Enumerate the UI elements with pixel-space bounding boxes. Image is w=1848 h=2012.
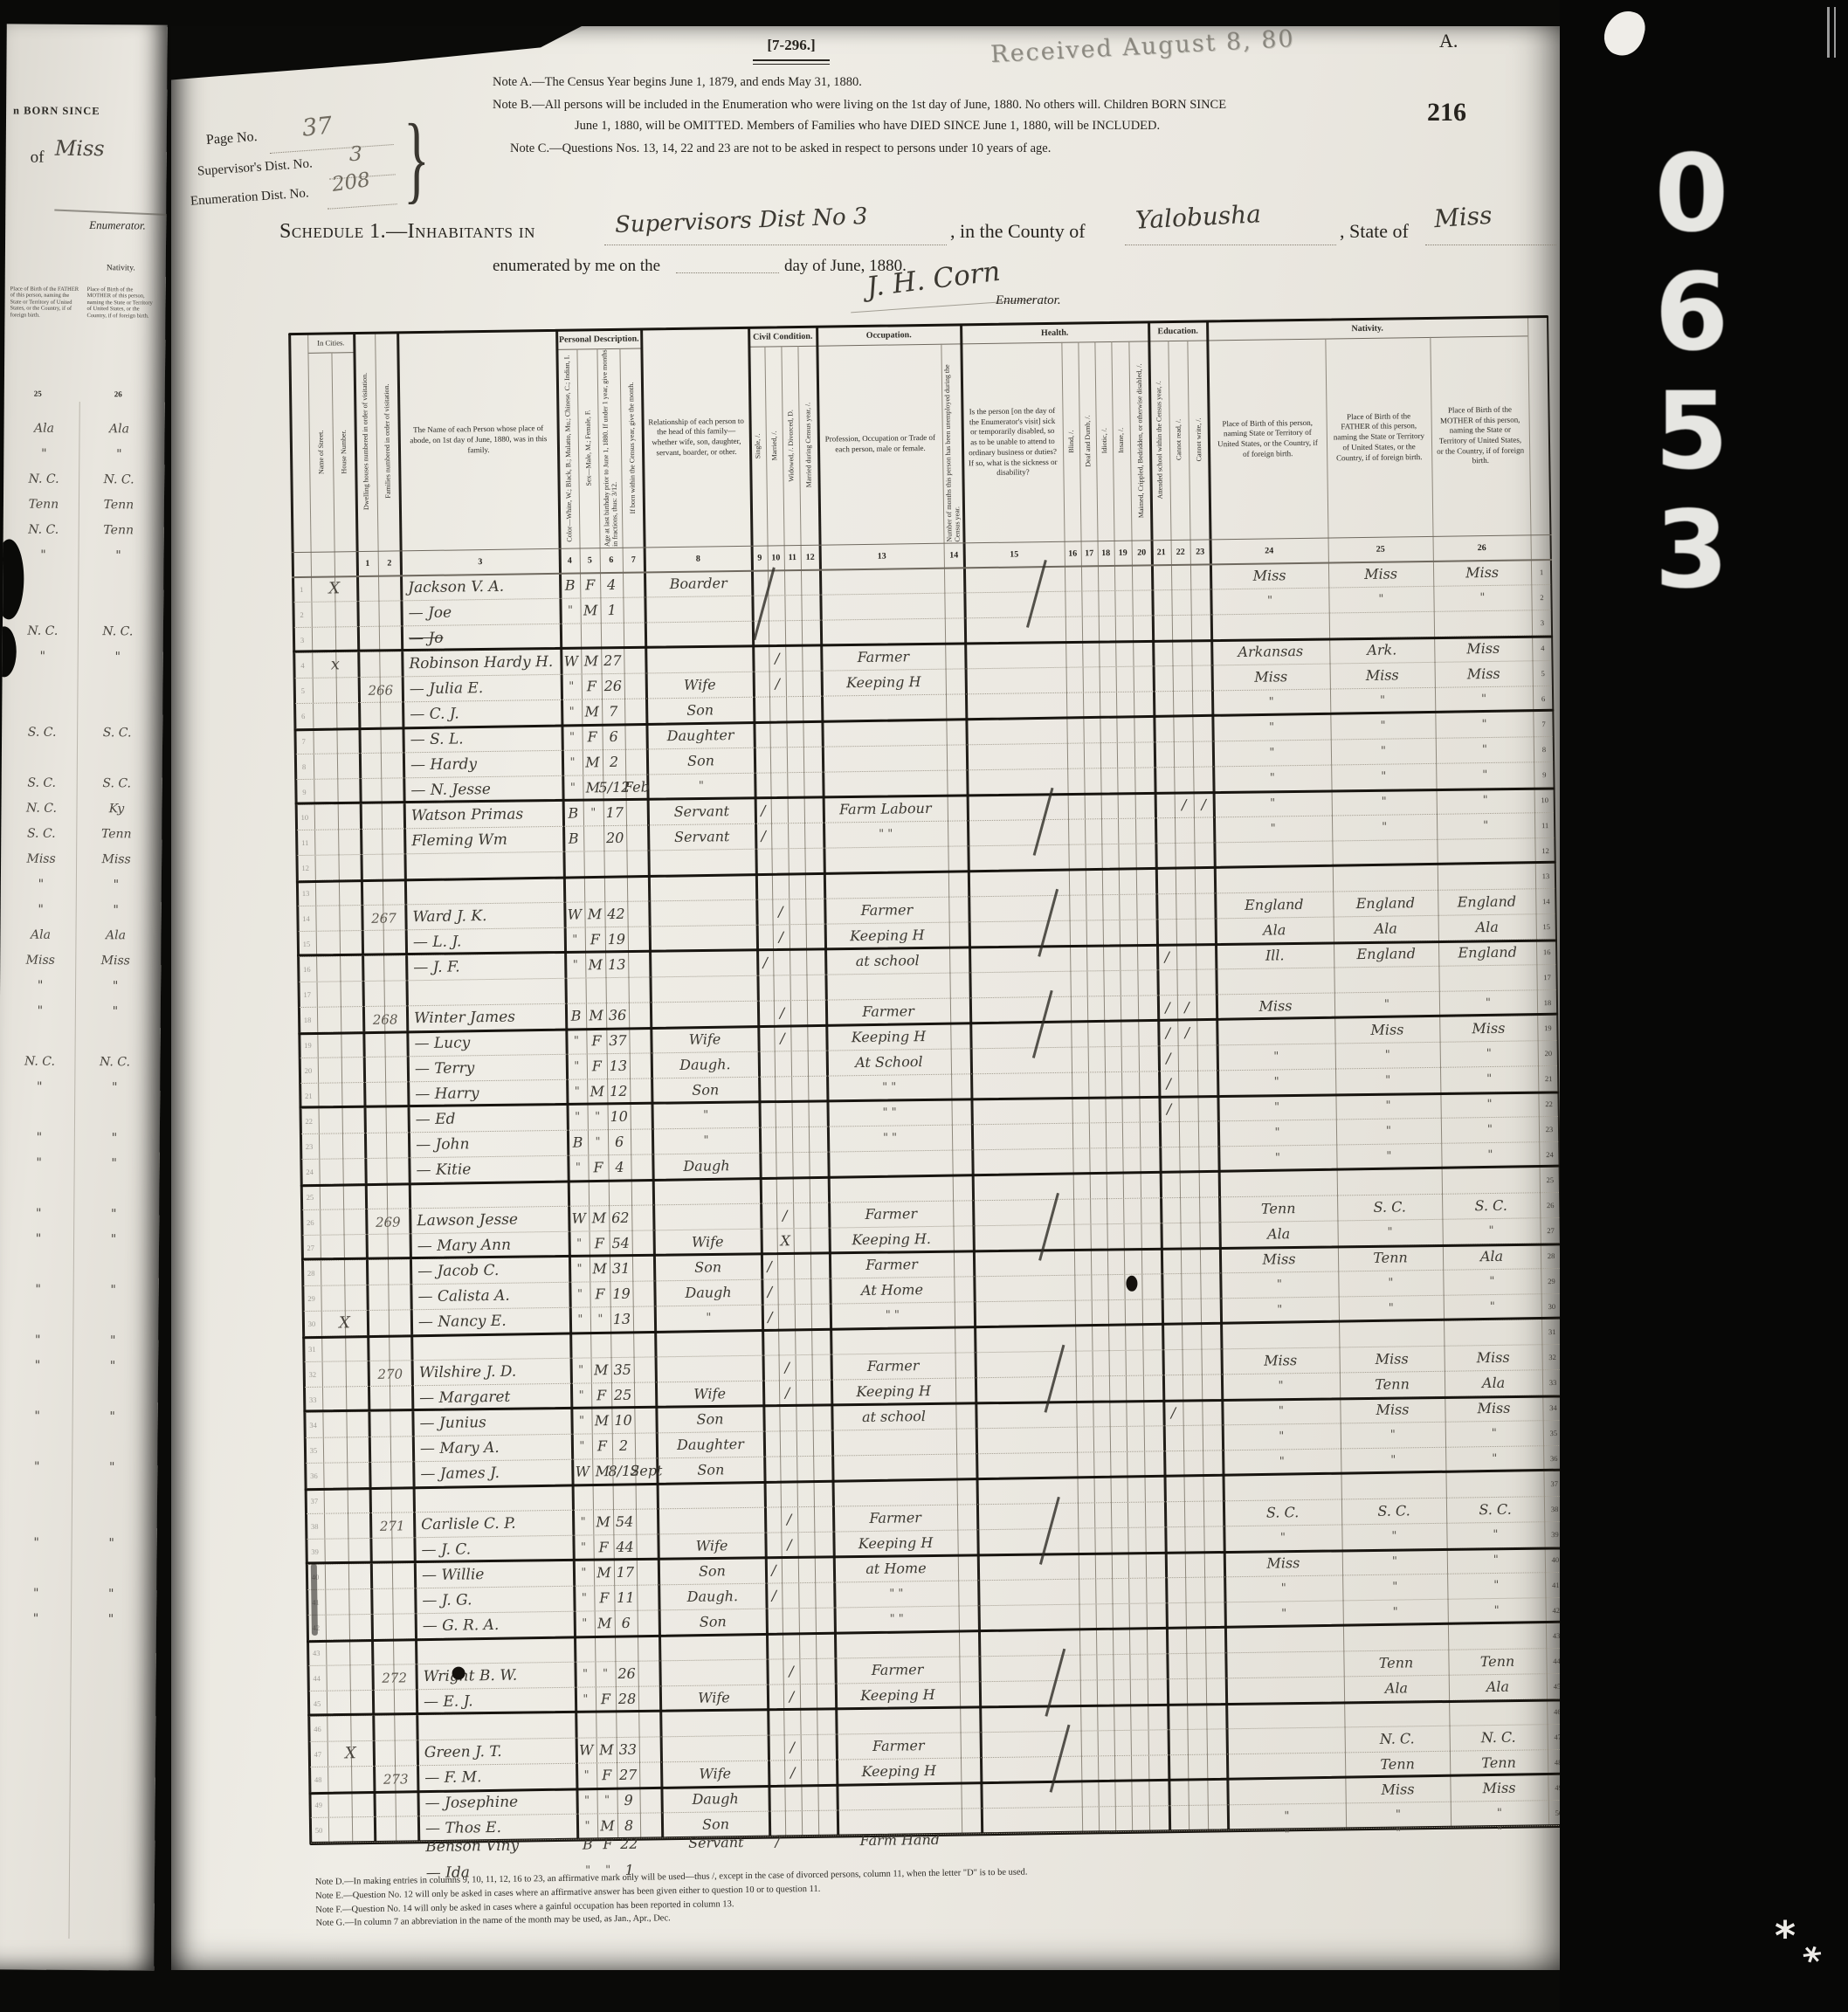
cell-p2: S. C. [1337, 1194, 1442, 1221]
cell-name: — Mary A. [413, 1434, 579, 1462]
cell-rel: Wife [656, 1381, 763, 1408]
line-number-right: 25 [1540, 1167, 1560, 1192]
cell-age: 10 [607, 1104, 630, 1129]
cell-sex: F [590, 1281, 610, 1306]
cell-sex: " [590, 1306, 610, 1332]
supervisor-label: Supervisor's Dist. No. [197, 156, 314, 179]
cell-age: 44 [613, 1534, 636, 1560]
cell-sex: M [596, 1737, 617, 1762]
column-header-rotated-text: Blind, /. [1067, 431, 1076, 453]
cell-c10: / [784, 1760, 801, 1785]
left-nativity-value: N. C. [10, 801, 72, 823]
left-nativity-value: " [76, 1587, 146, 1609]
cell-occ: at school [825, 947, 949, 975]
column-header-rotated-text: Attended school within the Census year, … [1155, 382, 1164, 500]
left-nativity-value: N. C. [8, 1054, 71, 1076]
cell-p1: " [1217, 1093, 1335, 1120]
cell-rel: Wife [660, 1685, 768, 1712]
cell-c21: / [1159, 1071, 1178, 1096]
cell-c10: / [776, 1202, 793, 1228]
cell-age: 2 [612, 1433, 635, 1458]
cell-age: 36 [606, 1003, 629, 1028]
cell-name: — Joe [401, 598, 567, 626]
left-nativity-value: S. C. [10, 775, 73, 797]
cell-c10: X [776, 1228, 793, 1253]
cell-p1: " [1213, 765, 1331, 792]
column-number: 23 [1190, 539, 1210, 563]
left-nativity-value: " [6, 1358, 69, 1380]
line-number-right: 22 [1538, 1091, 1559, 1116]
cell-p2: " [1332, 814, 1437, 841]
ink-blot [1126, 1276, 1137, 1292]
cell-p1: " [1218, 1119, 1336, 1146]
note-b-line2: June 1, 1880, will be OMITTED. Members o… [575, 119, 1160, 134]
cell-age: 11 [614, 1585, 637, 1610]
cell-age: 6 [602, 724, 624, 749]
cell-sex: F [582, 724, 602, 749]
left-nativity-value: " [10, 877, 72, 899]
brace: } [403, 110, 430, 208]
column-number: 4 [560, 548, 580, 573]
cell-color: " [576, 1788, 596, 1813]
left-nativity-value: " [4, 1611, 67, 1633]
column-header-rotated-text: Idiotic, /. [1100, 428, 1109, 453]
cell-sex: " [596, 1788, 617, 1813]
cell-name: Jackson V. A. [401, 573, 567, 601]
line-number-right: 1 [1531, 559, 1552, 584]
ink-smear [311, 1564, 318, 1636]
line-number-right: 48 [1548, 1749, 1560, 1774]
cell-color: " [567, 1078, 587, 1104]
left-nativity-value: " [6, 1333, 69, 1354]
line-number-left: 3 [293, 627, 312, 652]
page-stamp: 216 [1427, 98, 1466, 127]
left-nativity-value: Miss [81, 852, 151, 874]
left-nativity-value: Tenn [12, 497, 75, 519]
cell-color: " [567, 1053, 587, 1078]
cell-p2: " [1339, 1295, 1444, 1322]
film-number-digit: 5 [1635, 376, 1748, 491]
column-number: 7 [623, 547, 645, 571]
line-number-right: 49 [1548, 1774, 1560, 1800]
cell-c9: / [766, 1582, 782, 1608]
day-blank [676, 255, 779, 273]
cell-p1: " [1224, 1524, 1341, 1551]
column-header-p1: Place of Birth of this person, naming St… [1207, 339, 1327, 540]
cell-p2: " [1335, 1092, 1440, 1120]
left-nativity-value: N. C. [83, 624, 153, 646]
column-header-c22: Cannot read, /. [1168, 341, 1189, 540]
line-number-right: 35 [1543, 1420, 1560, 1445]
left-nativity-value: " [83, 650, 153, 672]
cell-occ: Farmer [833, 1505, 957, 1532]
cell-p1: " [1221, 1296, 1339, 1323]
cell-name: — G. R. A. [416, 1611, 582, 1639]
line-number-right: 43 [1546, 1623, 1560, 1648]
cell-sex: F [593, 1534, 613, 1560]
line-number-right: 8 [1534, 736, 1555, 761]
cell-age: 9 [617, 1788, 639, 1813]
line-number-left: 36 [304, 1463, 323, 1488]
cell-sex: F [580, 572, 600, 597]
column-header-street: Name of Street. [307, 352, 334, 551]
cell-c9: / [769, 1829, 785, 1854]
line-number-left: 17 [298, 982, 317, 1007]
cell-p3: England [1438, 888, 1535, 915]
cell-p2: " [1341, 1422, 1445, 1449]
line-number-right: 33 [1542, 1369, 1560, 1395]
cell-age: 12 [607, 1078, 630, 1104]
cell-p1: " [1214, 790, 1332, 817]
line-number-left: 37 [305, 1488, 324, 1513]
cell-rel: Daughter [646, 722, 754, 749]
cell-name: Fleming Wm [404, 826, 570, 854]
cell-p3: " [1444, 1293, 1541, 1320]
cell-color: B [577, 1831, 597, 1857]
left-nativity-value: " [78, 1409, 148, 1431]
cell-p3: Miss [1450, 1774, 1548, 1802]
film-number-digit: 3 [1635, 494, 1748, 610]
cell-rel: " [652, 1127, 760, 1154]
left-nativity-value: " [84, 447, 154, 469]
cell-sex: M [587, 1078, 607, 1104]
column-header-p3: Place of Birth of the MOTHER of this per… [1430, 335, 1530, 536]
left-nativity-value: " [79, 1156, 149, 1178]
cell-sex: F [594, 1585, 614, 1610]
cell-color: W [572, 1458, 592, 1484]
cell-p2: Tenn [1340, 1371, 1445, 1398]
line-number-right: 39 [1544, 1521, 1560, 1547]
column-header-text: Profession, Occupation or Trade of each … [818, 433, 942, 455]
cell-name: — Ed [409, 1105, 575, 1133]
cell-p2: England [1334, 941, 1438, 968]
film-number-digit: 0 [1635, 138, 1748, 253]
cell-color: " [576, 1762, 596, 1788]
left-nativity-value: Tenn [81, 827, 151, 849]
cell-p3: " [1443, 1268, 1541, 1295]
scanned-census-page: n BORN SINCE of Miss Enumerator. Nativit… [0, 0, 1848, 2012]
family-number: 272 [367, 1664, 421, 1691]
column-number: 25 [1328, 536, 1433, 562]
cell-name: Wilshire J. D. [412, 1358, 578, 1386]
column-header-text: The Name of each Person whose place of a… [399, 424, 558, 457]
column-number: 8 [645, 546, 752, 572]
column-header-rotated-text: Number of months this person has been un… [943, 344, 962, 541]
left-nativity-value: N. C. [11, 624, 74, 645]
line-number-left: 20 [299, 1058, 318, 1083]
cell-sex: M [581, 648, 601, 673]
census-table: Note D.—In making entries in columns 9, … [288, 316, 1560, 1970]
cell-sex: " [595, 1661, 615, 1686]
line-number-left: 29 [301, 1285, 321, 1311]
cell-sex: F [596, 1686, 616, 1712]
line-number-left: 25 [300, 1184, 320, 1209]
cell-p1: " [1225, 1600, 1343, 1627]
cell-occ: " " [834, 1581, 958, 1608]
cell-p1: Miss [1210, 562, 1328, 589]
line-number-left: 30 [302, 1311, 321, 1336]
cell-sex: M [582, 699, 602, 724]
line-number-right: 17 [1536, 964, 1557, 989]
cell-occ: Keeping H [837, 1758, 961, 1785]
left-nativity-value: " [79, 1283, 148, 1305]
line-number-left: 34 [303, 1412, 322, 1437]
cell-p2: Tenn [1345, 1751, 1450, 1778]
line-number-left: 10 [295, 804, 314, 830]
line-number-left: 47 [308, 1741, 328, 1767]
line-number-right: 6 [1533, 686, 1554, 711]
column-header-text: Is the person [on the day of the Enumera… [962, 406, 1063, 479]
line-number-right: 9 [1534, 761, 1555, 787]
cell-color: " [574, 1560, 594, 1585]
cell-p3: " [1441, 1141, 1539, 1168]
column-group-label: Education. [1148, 320, 1207, 341]
cell-rel: Son [659, 1558, 766, 1585]
line-number-right: 45 [1547, 1673, 1560, 1698]
cell-p3: Ala [1438, 913, 1536, 941]
cell-p2: Miss [1328, 561, 1433, 588]
cell-p2: " [1342, 1574, 1447, 1601]
cell-occ: Keeping H [826, 1023, 950, 1051]
cell-p1: " [1210, 588, 1328, 615]
column-header-name: The Name of each Person whose place of a… [397, 330, 559, 551]
cell-color: B [560, 573, 580, 598]
column-header-rotated-text: Maimed, Crippled, Bedridden, or otherwis… [1135, 363, 1146, 518]
cell-sex: F [588, 1154, 608, 1180]
line-number-left: 5 [293, 678, 313, 703]
column-number: 10 [768, 545, 784, 569]
note-b-line1: Note B.—All persons will be included in … [493, 98, 1226, 113]
line-number-right: 36 [1543, 1445, 1560, 1471]
line-number-left: 38 [305, 1513, 324, 1539]
cell-month: Feb [625, 774, 647, 799]
cell-color: " [565, 952, 585, 977]
cell-c21: / [1159, 1096, 1178, 1121]
column-header-rotated-text: House Number. [340, 430, 348, 473]
line-number-left: 35 [304, 1437, 323, 1463]
left-nativity-value: Ala [12, 421, 75, 443]
cell-color: " [566, 1028, 586, 1053]
cell-c10: / [783, 1658, 799, 1684]
line-number-right: 12 [1534, 837, 1555, 863]
cell-month: Sept [635, 1457, 657, 1483]
cell-color: " [569, 1256, 590, 1281]
cell-name: — J. G. [415, 1586, 581, 1614]
cell-sex: " [598, 1857, 618, 1883]
cell-occ: at school [831, 1403, 955, 1430]
left-nativity-value: N. C. [79, 1055, 149, 1077]
line-number-right: 31 [1541, 1319, 1560, 1344]
cell-age: 62 [609, 1205, 631, 1230]
column-header-sex: Sex—Male, M.; Female, F. [576, 348, 599, 548]
cell-p1: Ill. [1216, 942, 1334, 969]
line-number-right: 29 [1541, 1268, 1560, 1293]
cell-c10: / [783, 1684, 800, 1709]
cell-occ: " " [828, 1125, 952, 1152]
line-number-right: 20 [1538, 1040, 1559, 1065]
column-number: 2 [378, 550, 401, 575]
cell-p2: " [1331, 738, 1436, 765]
cell-rel: " [652, 1102, 759, 1129]
cell-name: Wright B. W. [416, 1662, 582, 1690]
cell-rel: Son [659, 1609, 767, 1636]
left-nativity-value: " [80, 979, 150, 1001]
cell-sex: M [586, 1003, 606, 1028]
cell-rel: " [647, 773, 755, 800]
left-nativity-value: " [77, 1536, 147, 1558]
cell-p3: " [1446, 1521, 1544, 1548]
film-mark: * [1795, 1939, 1825, 1982]
left-nativity-value: " [12, 446, 75, 468]
cell-name: Green J. T. [417, 1738, 583, 1766]
cell-name: Watson Primas [404, 801, 570, 829]
cell-name: — J. F. [406, 953, 572, 981]
left-nativity-value: N. C. [12, 522, 75, 544]
line-number-right: 15 [1536, 913, 1557, 939]
cell-c10: / [779, 1354, 796, 1380]
cell-p1: " [1222, 1372, 1340, 1399]
cell-occ: " " [835, 1606, 959, 1633]
left-nativity-value: " [8, 1079, 71, 1101]
film-edge-tick [1827, 7, 1830, 58]
cell-color: " [571, 1357, 591, 1382]
cell-c10: / [774, 1025, 790, 1051]
cell-color: W [564, 901, 584, 927]
cell-age: 27 [601, 648, 624, 673]
left-nativity-value: " [4, 1586, 67, 1608]
cell-p2: Tenn [1343, 1650, 1448, 1677]
cell-color: " [571, 1408, 591, 1433]
cell-p3: " [1447, 1572, 1545, 1599]
cell-p1: " [1212, 689, 1330, 716]
cell-p2: " [1334, 991, 1439, 1018]
cell-color: " [574, 1585, 594, 1610]
cell-c21: / [1163, 1400, 1183, 1425]
cell-p2: " [1337, 1219, 1442, 1246]
cell-name: — F. M. [417, 1763, 583, 1791]
cell-p1: " [1223, 1423, 1341, 1450]
cell-sex: M [593, 1509, 613, 1534]
page-no-label: Page No. [205, 129, 258, 148]
cell-occ: Farmer [835, 1657, 959, 1684]
cell-p1: " [1222, 1397, 1340, 1424]
line-number-right: 2 [1531, 584, 1552, 610]
cell-color: " [562, 674, 582, 699]
cell-p3: " [1435, 686, 1533, 713]
cell-age: 7 [602, 699, 624, 724]
left-nativity-value: " [79, 1131, 149, 1153]
column-header-rotated-text: Married, /. [770, 431, 779, 460]
cell-age: 26 [602, 673, 624, 699]
column-group-label: In Cities. [307, 333, 354, 354]
cell-color: " [572, 1433, 592, 1458]
left-nativity-value: " [81, 903, 151, 925]
column-number: 14 [944, 542, 964, 567]
cell-p3: Miss [1444, 1344, 1541, 1371]
line-number-right: 11 [1534, 812, 1555, 837]
column-number: 18 [1098, 541, 1114, 565]
line-number-left: 2 [292, 602, 311, 627]
line-number-right: 10 [1534, 787, 1555, 812]
film-mark: * [1775, 1912, 1796, 1960]
line-number-right: 7 [1533, 711, 1554, 736]
cell-name: — Jacob C. [410, 1257, 576, 1285]
cell-age: 17 [603, 800, 626, 825]
left-nativity-value: N. C. [84, 472, 154, 494]
note-a: Note A.—The Census Year begins June 1, 1… [493, 75, 862, 90]
family-number: 270 [363, 1361, 417, 1387]
cell-p1: " [1228, 1821, 1346, 1848]
state-blank [1425, 225, 1556, 245]
cell-rel: Wife [654, 1229, 762, 1256]
cell-age: 2 [603, 749, 625, 775]
cell-occ: At Home [830, 1277, 954, 1304]
line-number-left: 32 [303, 1361, 322, 1387]
cell-color: " [562, 699, 582, 724]
cell-color: " [562, 749, 583, 775]
cell-c10: / [784, 1734, 801, 1760]
cell-p1: " [1217, 1043, 1335, 1070]
left-nativity-value: " [8, 1155, 71, 1177]
margin-mark: X [311, 575, 357, 602]
column-header-occ: Profession, Occupation or Trade of each … [817, 344, 943, 545]
line-number-right: 42 [1545, 1597, 1560, 1623]
margin-mark: X [321, 1310, 368, 1336]
cell-rel: Servant [648, 823, 755, 851]
cell-sex: M [591, 1357, 611, 1382]
cell-p1: Arkansas [1211, 638, 1329, 665]
family-number: 267 [356, 905, 410, 931]
left-nativity-value: Ala [9, 927, 72, 949]
column-number: 17 [1081, 541, 1098, 565]
column-header-rotated-text: Sex—Male, M.; Female, F. [583, 410, 592, 486]
cell-p2: " [1332, 789, 1437, 816]
cell-p2: Miss [1334, 1016, 1439, 1044]
column-header-text: Place of Birth of this person, naming St… [1209, 417, 1327, 460]
left-nativity-value: " [7, 1282, 70, 1304]
cell-p2: N. C. [1345, 1726, 1450, 1753]
cell-name: — Terry [408, 1054, 574, 1082]
column-header-rotated-text: Name of Street. [317, 430, 326, 474]
cell-c21: / [1158, 1020, 1177, 1045]
cell-age: 17 [614, 1560, 637, 1585]
cell-color: W [561, 649, 581, 674]
line-number-right: 44 [1546, 1648, 1560, 1673]
cell-p3: " [1447, 1597, 1545, 1624]
cell-sex: F [586, 1028, 606, 1053]
cell-sex: M [585, 952, 605, 977]
cell-p1: " [1218, 1144, 1336, 1171]
cell-p2: " [1335, 1042, 1440, 1069]
cell-color: " [570, 1306, 590, 1332]
cell-p3: Tenn [1450, 1749, 1548, 1776]
film-edge-tick [1834, 7, 1836, 58]
cell-sex: F [590, 1230, 610, 1256]
line-number-left: 26 [300, 1209, 320, 1235]
column-header-rotated-text: Deaf and Dumb, /. [1083, 416, 1092, 467]
cell-c9: / [762, 1304, 778, 1329]
cell-p3: Miss [1433, 559, 1531, 586]
left-nativity-value: " [11, 649, 74, 671]
line-number-right: 41 [1545, 1572, 1560, 1597]
cell-age: 6 [608, 1129, 631, 1154]
cell-p2: Miss [1340, 1396, 1445, 1423]
cell-occ: Keeping H [831, 1378, 955, 1405]
line-number-right: 5 [1533, 660, 1554, 686]
cell-color: " [560, 598, 580, 624]
cell-name: — Julia E. [403, 674, 569, 702]
column-header-text: Relationship of each person to the head … [643, 416, 751, 458]
